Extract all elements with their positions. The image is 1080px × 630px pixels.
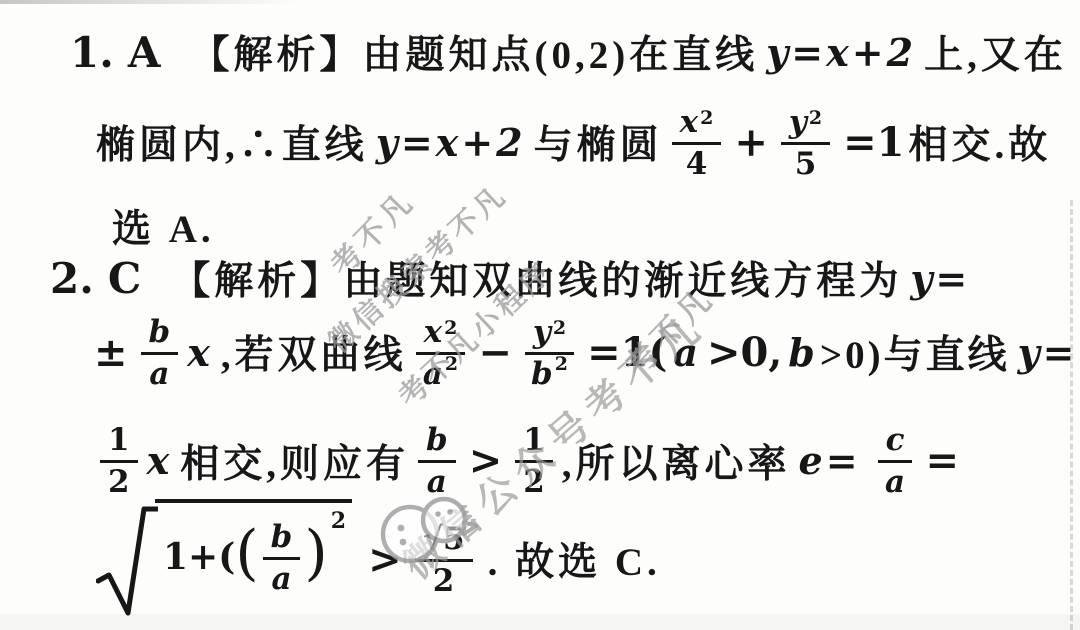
frac-numerator: b [141, 315, 179, 355]
frac-numerator: y [789, 107, 807, 138]
fraction-b-over-a: b a [418, 423, 456, 498]
equation-line: y= [1018, 330, 1078, 375]
close-paren: ) [304, 529, 327, 577]
scan-edge-bottom [0, 614, 1080, 630]
text-run: . 故选 C. [488, 531, 661, 587]
question-number: 2. [50, 254, 94, 303]
eccentricity-e: e= [799, 438, 861, 483]
frac-denominator: 5 [795, 145, 817, 180]
variable-x: x [187, 330, 213, 375]
text-run: 与椭圆 [534, 114, 663, 170]
variable-b: b [788, 330, 818, 375]
scanned-answer-page: 1. A 【解析】 由题知点(0,2)在直线 y=x+2 上,又在 椭圆内,∴直… [0, 0, 1080, 630]
open-paren: ( [235, 529, 258, 577]
plus-minus-operator: ± [94, 329, 128, 376]
text-run: 由题知点(0,2)在直线 [362, 24, 758, 80]
frac-numerator: y [533, 317, 551, 348]
frac-numerator: b [418, 423, 456, 463]
fraction-b-over-a: b a [141, 315, 179, 390]
text-run: >0)与直线 [820, 324, 1010, 380]
frac-denominator: a [271, 560, 291, 595]
frac-denominator: 2 [108, 463, 130, 498]
solution-1-line-2: 椭圆内,∴直线 y=x+2 与椭圆 x2 4 + y2 5 =1 相交.故 [96, 92, 1051, 192]
exponent: 2 [553, 319, 566, 338]
text-run: 上,又在 [924, 24, 1067, 80]
equals-operator: = [925, 437, 959, 484]
radicand-text: 1+( [163, 536, 235, 578]
text-run: 相交.故 [908, 114, 1051, 170]
fraction-y2-over-5: y2 5 [781, 105, 830, 180]
analysis-tag: 【解析】 [171, 250, 343, 306]
text-run: 相交,则应有 [180, 433, 409, 489]
equals-one: =1 [843, 119, 904, 166]
frac-denominator: a [885, 463, 905, 498]
text-run: 椭圆内,∴直线 [96, 114, 368, 170]
exponent: 2 [331, 508, 346, 534]
fraction-c-over-a: c a [878, 423, 913, 498]
radical-sign-icon [96, 505, 158, 619]
frac-numerator: c [878, 423, 913, 463]
scan-edge-right-dashed [1070, 200, 1073, 630]
frac-numerator: b [263, 520, 301, 560]
fraction-b-over-a: b a [263, 520, 301, 595]
equation-line: y=x+2 [766, 30, 916, 75]
radicand: 1+( ( b a ) 2 [155, 499, 352, 601]
frac-denominator: a [149, 355, 169, 390]
plus-operator: + [734, 119, 768, 166]
answer-letter: A [128, 28, 161, 77]
frac-denominator: b [531, 359, 553, 390]
equation-line: y=x+2 [376, 120, 526, 165]
square-root-expression: 1+( ( b a ) 2 [96, 499, 352, 619]
analysis-tag: 【解析】 [190, 24, 362, 80]
wechat-logo-icon [376, 490, 480, 576]
equation-line: y= [910, 256, 970, 301]
exponent: 2 [700, 109, 713, 128]
answer-letter: C [108, 254, 141, 303]
solution-1-line-1: 1. A 【解析】 由题知点(0,2)在直线 y=x+2 上,又在 [70, 14, 1067, 90]
variable-x: x [147, 438, 173, 483]
frac-denominator: 4 [686, 145, 708, 180]
fraction-y2-over-b2: y2 b2 [525, 315, 574, 390]
text-run: ,若双曲线 [221, 324, 407, 380]
fraction-1-over-2: 1 2 [100, 423, 138, 498]
exponent: 2 [809, 109, 822, 128]
question-number: 1. [70, 28, 114, 77]
fraction-x2-over-4: x2 4 [672, 105, 722, 180]
gt-zero-comma: >0, [707, 329, 782, 376]
scan-edge-top [0, 0, 300, 4]
frac-numerator: x [680, 107, 698, 138]
frac-numerator: 1 [100, 423, 138, 463]
exponent: 2 [555, 355, 568, 374]
